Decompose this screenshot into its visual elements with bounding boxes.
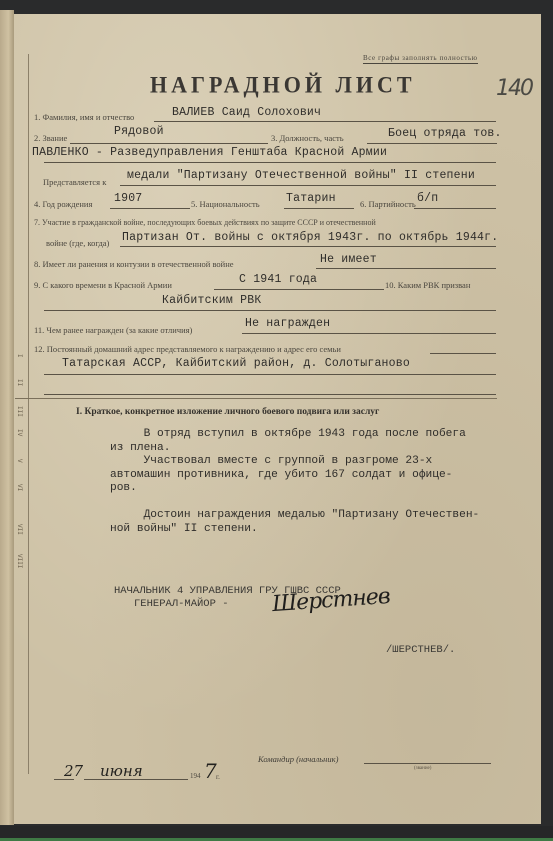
narrative-line bbox=[110, 496, 479, 510]
nominated-award-value: медали "Партизану Отечественной войны" I… bbox=[127, 169, 475, 182]
field-7-value: Партизан От. войны с октября 1943г. по о… bbox=[122, 231, 498, 244]
field-10-value: Кайбитским РВК bbox=[162, 294, 261, 307]
field-11-value: Не награжден bbox=[245, 317, 330, 330]
signoff-name: /ШЕРСТНЕВ/. bbox=[386, 644, 455, 656]
narrative-line: ной войны" II степени. bbox=[110, 523, 479, 537]
field-11-label: 11. Чем ранее награжден (за какие отличи… bbox=[34, 325, 192, 335]
date-suffix: г. bbox=[216, 773, 220, 781]
margin-mark: IV bbox=[16, 429, 23, 436]
field-7-label-cont: войне (где, когда) bbox=[46, 238, 109, 248]
field-1-value: ВАЛИЕВ Саид Солохович bbox=[172, 106, 321, 119]
merit-narrative: В отряд вступил в октябре 1943 года посл… bbox=[110, 428, 479, 536]
narrative-line: Участвовал вместе с группой в разгроме 2… bbox=[110, 455, 479, 469]
field-12-label: 12. Постоянный домашний адрес представля… bbox=[34, 344, 341, 354]
field-3-underline bbox=[367, 143, 497, 144]
field-3-continuation-underline bbox=[44, 162, 496, 163]
field-2-value: Рядовой bbox=[114, 125, 164, 138]
margin-mark: III bbox=[16, 406, 23, 417]
field-9-value: С 1941 года bbox=[239, 273, 317, 286]
field-6-underline bbox=[414, 208, 496, 209]
handwritten-page-number: 140 bbox=[496, 76, 532, 101]
field-10-label: 10. Каким РВК призван bbox=[385, 280, 470, 290]
field-2-label: 2. Звание bbox=[34, 133, 67, 143]
signoff-rank: ГЕНЕРАЛ-МАЙОР - bbox=[134, 598, 229, 610]
instruction-note: Все графы заполнять полностью bbox=[363, 54, 478, 64]
field-8-underline bbox=[316, 268, 496, 269]
field-10-underline bbox=[44, 310, 496, 311]
scanned-document-viewer: I II III IV V VI VII VIII Все графы запо… bbox=[0, 0, 553, 841]
date-year-prefix: 194 bbox=[190, 772, 201, 780]
narrative-line: Достоин награждения медалью "Партизану О… bbox=[110, 509, 479, 523]
margin-mark: I bbox=[16, 354, 23, 358]
section-1-heading: I. Краткое, конкретное изложение личного… bbox=[76, 407, 379, 417]
margin-mark: II bbox=[16, 379, 23, 386]
date-year-digit: 7 bbox=[204, 759, 217, 783]
field-5-value: Татарин bbox=[286, 192, 336, 205]
nominated-underline bbox=[120, 185, 496, 186]
field-9-underline bbox=[214, 289, 384, 290]
date-month-underline bbox=[84, 779, 188, 780]
narrative-line: из плена. bbox=[110, 442, 479, 456]
field-2-underline bbox=[70, 143, 268, 144]
document-title: НАГРАДНОЙ ЛИСТ bbox=[150, 71, 416, 98]
margin-mark: VI bbox=[16, 484, 23, 491]
field-3-value: Боец отряда тов. bbox=[388, 127, 502, 140]
field-8-value: Не имеет bbox=[320, 253, 377, 266]
margin-mark: VII bbox=[16, 524, 23, 535]
field-12-underline bbox=[430, 353, 496, 354]
narrative-line: ров. bbox=[110, 482, 479, 496]
field-11-underline bbox=[242, 333, 496, 334]
commander-label: Командир (начальник) bbox=[258, 754, 338, 764]
field-6-value: б/п bbox=[417, 192, 438, 205]
margin-mark: VIII bbox=[16, 554, 23, 568]
field-8-label: 8. Имеет ли ранения и контузии в отечест… bbox=[34, 259, 234, 269]
narrative-line: автомашин противника, где убито 167 солд… bbox=[110, 469, 479, 483]
margin-rule bbox=[28, 54, 29, 774]
field-1-underline bbox=[154, 121, 496, 122]
field-4-label: 4. Год рождения bbox=[34, 199, 92, 209]
date-month: июня bbox=[100, 762, 143, 780]
award-sheet-page: I II III IV V VI VII VIII Все графы запо… bbox=[14, 14, 541, 824]
field-4-value: 1907 bbox=[114, 192, 142, 205]
scanner-bottom-edge bbox=[0, 826, 553, 841]
field-12-value-underline bbox=[44, 374, 496, 375]
field-4-underline bbox=[110, 208, 190, 209]
nominated-label: Представляется к bbox=[43, 177, 106, 187]
separator-line bbox=[44, 394, 496, 395]
book-binding-edge bbox=[0, 10, 14, 825]
field-1-label: 1. Фамилия, имя и отчество bbox=[34, 112, 134, 122]
field-3-continuation: ПАВЛЕНКО - Разведуправления Генштаба Кра… bbox=[32, 146, 387, 159]
field-3-label: 3. Должность, часть bbox=[271, 133, 344, 143]
date-day: 27 bbox=[64, 762, 83, 780]
field-9-label: 9. С какого времени в Красной Армии bbox=[34, 280, 172, 290]
narrative-line: В отряд вступил в октябре 1943 года посл… bbox=[110, 428, 479, 442]
field-6-label: 6. Партийность bbox=[360, 199, 416, 209]
separator-line-lower bbox=[15, 398, 497, 399]
rank-caption: (звание) bbox=[414, 766, 431, 771]
field-5-underline bbox=[284, 208, 354, 209]
margin-mark: V bbox=[16, 459, 23, 463]
field-12-value: Татарская АССР, Кайбитский район, д. Сол… bbox=[62, 357, 410, 370]
field-7-underline bbox=[120, 246, 496, 247]
field-7-label: 7. Участие в гражданской войне, последую… bbox=[34, 218, 376, 227]
field-5-label: 5. Национальность bbox=[191, 199, 260, 209]
date-day-underline bbox=[54, 779, 74, 780]
commander-signature-line bbox=[364, 763, 491, 764]
